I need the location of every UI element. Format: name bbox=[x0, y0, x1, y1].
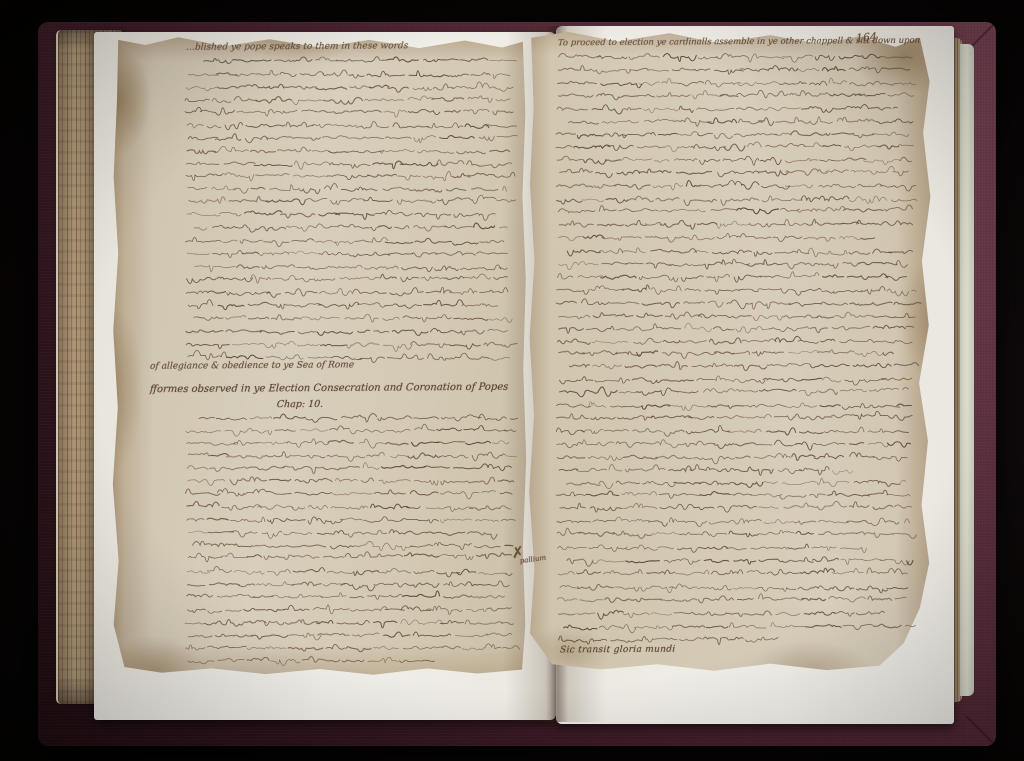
manuscript-leaf-right bbox=[528, 30, 932, 672]
photo-backdrop: …blished ye pope speaks to them in these… bbox=[0, 0, 1024, 761]
manuscript-leaf-left bbox=[112, 36, 527, 676]
right-leaf-edge-pale bbox=[960, 44, 974, 696]
